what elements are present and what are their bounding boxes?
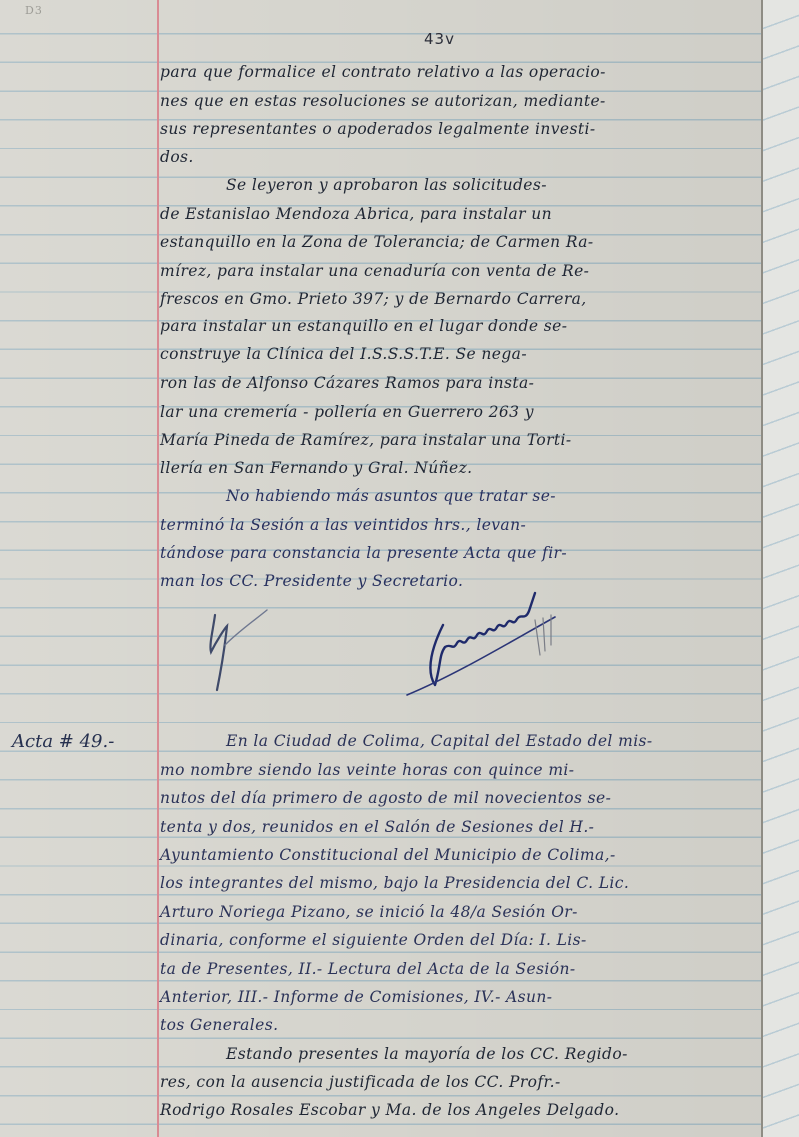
next-page-edge [763,0,799,1137]
text-line: mírez, para instalar una cenaduría con v… [160,261,760,281]
ledger-page: D3 43v para que formalice el contrato re… [0,0,762,1137]
text-line: dinaria, conforme el siguiente Orden del… [160,930,760,950]
text-line: res, con la ausencia justificada de los … [160,1072,760,1092]
text-line: lar una cremería - pollería en Guerrero … [160,402,760,422]
text-line: tándose para constancia la presente Acta… [160,543,760,563]
text-line: Ayuntamiento Constitucional del Municipi… [160,845,760,865]
signature-president [195,590,315,700]
text-line: sus representantes o apoderados legalmen… [160,119,760,139]
text-line: nutos del día primero de agosto de mil n… [160,788,760,808]
text-line: En la Ciudad de Colima, Capital del Esta… [160,731,760,751]
folio-number: 43v [424,30,455,48]
corner-mark: D3 [25,4,43,17]
text-line: Arturo Noriega Pizano, se inició la 48/a… [160,902,760,922]
text-line: de Estanislao Mendoza Abrica, para insta… [160,204,760,224]
text-line: Estando presentes la mayoría de los CC. … [160,1044,760,1064]
text-line: construye la Clínica del I.S.S.S.T.E. Se… [160,344,760,364]
text-line: tenta y dos, reunidos en el Salón de Ses… [160,817,760,837]
text-line: llería en San Fernando y Gral. Núñez. [160,458,760,478]
text-line: terminó la Sesión a las veintidos hrs., … [160,515,760,535]
text-line: para que formalice el contrato relativo … [160,62,760,82]
text-line: Se leyeron y aprobaron las solicitudes- [160,175,760,195]
text-line: los integrantes del mismo, bajo la Presi… [160,873,760,893]
text-line: mo nombre siendo las veinte horas con qu… [160,760,760,780]
text-line: Anterior, III.- Informe de Comisiones, I… [160,987,760,1007]
text-line: Rodrigo Rosales Escobar y Ma. de los Ang… [160,1100,760,1120]
text-line: No habiendo más asuntos que tratar se- [160,486,760,506]
text-line: tos Generales. [160,1015,760,1035]
margin-line [157,0,159,1137]
text-line: nes que en estas resoluciones se autoriz… [160,91,760,111]
text-line: ta de Presentes, II.- Lectura del Acta d… [160,959,760,979]
text-line: dos. [160,147,760,167]
text-line: para instalar un estanquillo en el lugar… [160,316,760,336]
text-line: ron las de Alfonso Cázares Ramos para in… [160,373,760,393]
signature-secretary [395,585,595,715]
text-line: estanquillo en la Zona de Tolerancia; de… [160,232,760,252]
text-line: María Pineda de Ramírez, para instalar u… [160,430,760,450]
acta-label: Acta # 49.- [12,731,114,752]
text-line: frescos en Gmo. Prieto 397; y de Bernard… [160,289,760,309]
